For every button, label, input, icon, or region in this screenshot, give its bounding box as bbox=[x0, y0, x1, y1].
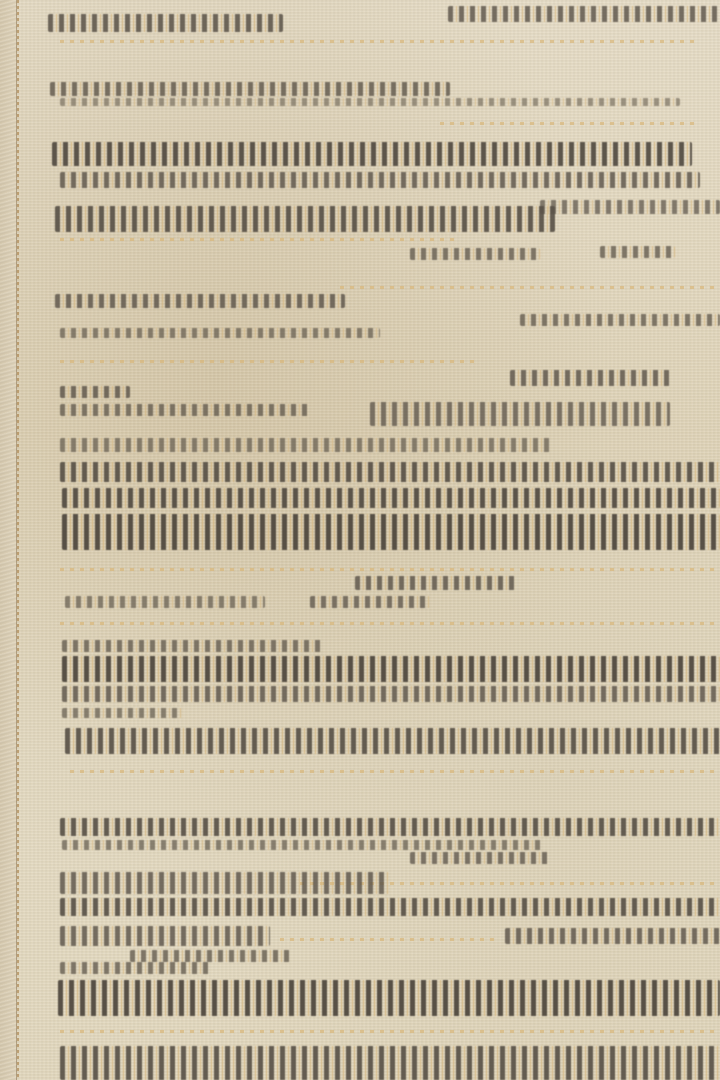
woven-stripe bbox=[510, 370, 670, 386]
woven-stripe bbox=[60, 98, 680, 106]
woven-stripe bbox=[60, 872, 390, 894]
woven-stripe bbox=[60, 818, 720, 836]
woven-stripe bbox=[65, 596, 265, 608]
gold-thread-line bbox=[280, 938, 500, 941]
rug-photo: woven rug with abstract text-like stripe… bbox=[0, 0, 720, 1080]
woven-stripe bbox=[60, 1046, 720, 1080]
woven-stripe bbox=[50, 82, 450, 96]
gold-thread-line bbox=[60, 238, 460, 241]
gold-thread-line bbox=[440, 122, 700, 125]
woven-stripe bbox=[55, 294, 345, 308]
woven-stripe bbox=[130, 950, 290, 962]
gold-thread-line bbox=[60, 568, 720, 571]
woven-stripe bbox=[62, 640, 322, 652]
woven-stripe bbox=[410, 248, 540, 260]
woven-stripe bbox=[62, 488, 720, 508]
gold-thread-line bbox=[340, 286, 720, 289]
woven-stripe bbox=[520, 314, 720, 326]
woven-stripe bbox=[48, 14, 283, 32]
gold-thread-line bbox=[60, 622, 720, 625]
woven-stripe bbox=[65, 728, 720, 754]
woven-stripe bbox=[55, 206, 555, 232]
gold-thread-line bbox=[70, 770, 720, 773]
rug-edge-binding bbox=[0, 0, 17, 1080]
gold-thread-line bbox=[60, 360, 480, 363]
rug-edge-stitch bbox=[17, 0, 19, 1080]
woven-stripe bbox=[60, 172, 700, 188]
woven-stripe bbox=[60, 462, 720, 482]
woven-stripe bbox=[60, 962, 210, 974]
woven-stripe bbox=[60, 926, 270, 946]
woven-stripe bbox=[540, 200, 720, 214]
woven-stripe bbox=[62, 708, 182, 718]
woven-stripe bbox=[60, 898, 720, 916]
woven-stripe bbox=[310, 596, 430, 608]
gold-thread-line bbox=[60, 1030, 720, 1033]
woven-stripe bbox=[52, 142, 692, 166]
woven-stripe bbox=[355, 576, 515, 590]
woven-stripe bbox=[448, 6, 718, 22]
woven-stripe bbox=[60, 386, 130, 398]
woven-stripe bbox=[62, 656, 720, 682]
woven-stripe bbox=[60, 438, 550, 452]
woven-stripe bbox=[370, 402, 670, 426]
woven-stripe bbox=[600, 246, 675, 258]
gold-thread-line bbox=[60, 40, 700, 43]
woven-stripe bbox=[410, 852, 550, 864]
woven-stripe bbox=[60, 404, 310, 416]
woven-stripe bbox=[505, 928, 720, 944]
woven-stripe bbox=[58, 980, 720, 1016]
woven-stripe bbox=[60, 328, 380, 338]
woven-stripe bbox=[62, 840, 542, 850]
woven-stripe bbox=[62, 514, 720, 550]
woven-stripe bbox=[62, 686, 720, 702]
